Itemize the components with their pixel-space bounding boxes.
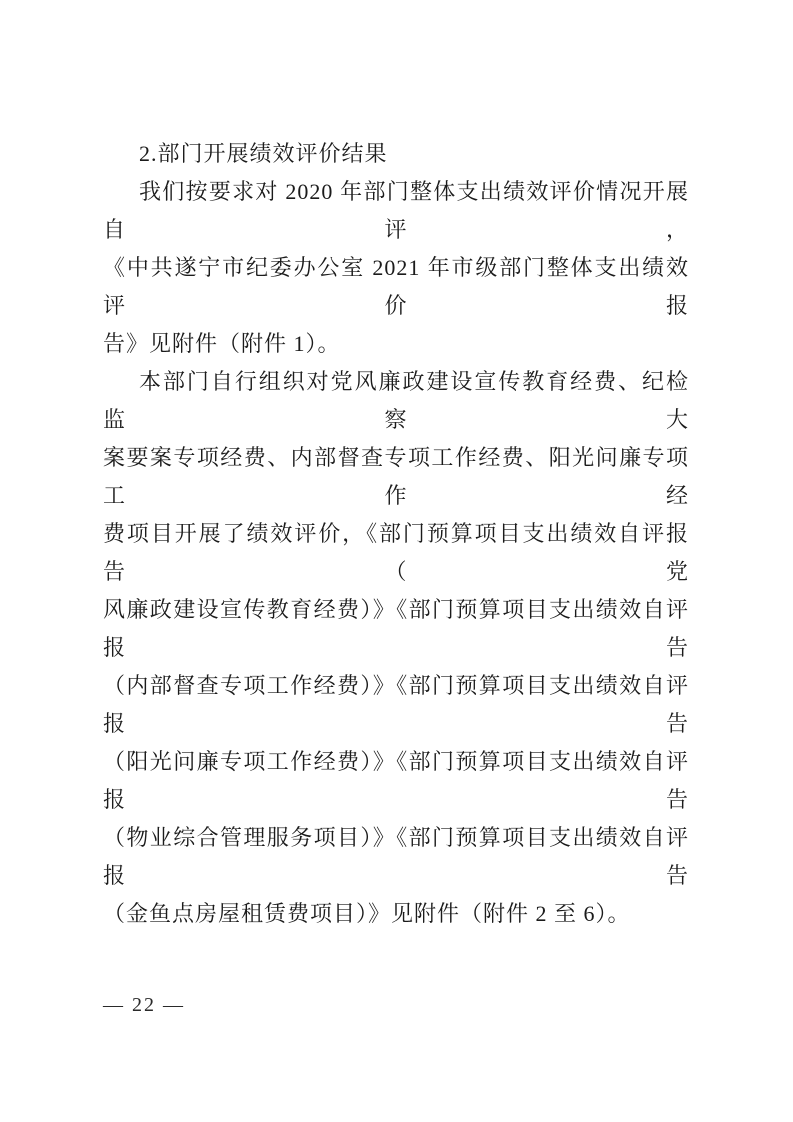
paragraph-overall-self-evaluation: 我们按要求对 2020 年部门整体支出绩效评价情况开展自评， 《中共遂宁市纪委办… — [103, 173, 689, 363]
paragraph-line: 案要案专项经费、内部督查专项工作经费、阳光问廉专项工作经 — [103, 439, 689, 515]
paragraph-line: （阳光问廉专项工作经费）》《部门预算项目支出绩效自评报告 — [103, 743, 689, 819]
paragraph-line: 本部门自行组织对党风廉政建设宣传教育经费、纪检监察大 — [103, 363, 689, 439]
paragraph-line: （内部督查专项工作经费）》《部门预算项目支出绩效自评报告 — [103, 667, 689, 743]
paragraph-project-evaluations: 本部门自行组织对党风廉政建设宣传教育经费、纪检监察大 案要案专项经费、内部督查专… — [103, 363, 689, 933]
paragraph-line: （物业综合管理服务项目）》《部门预算项目支出绩效自评报告 — [103, 819, 689, 895]
paragraph-line: 《中共遂宁市纪委办公室 2021 年市级部门整体支出绩效评价报 — [103, 249, 689, 325]
heading-paragraph: 2.部门开展绩效评价结果 — [103, 135, 689, 173]
document-page: 2.部门开展绩效评价结果 我们按要求对 2020 年部门整体支出绩效评价情况开展… — [0, 0, 793, 1122]
paragraph-line: 费项目开展了绩效评价，《部门预算项目支出绩效自评报告（党 — [103, 515, 689, 591]
paragraph-line: 风廉政建设宣传教育经费）》《部门预算项目支出绩效自评报告 — [103, 591, 689, 667]
paragraph-line: 我们按要求对 2020 年部门整体支出绩效评价情况开展自评， — [103, 173, 689, 249]
page-number: — 22 — — [103, 993, 689, 1017]
document-body: 2.部门开展绩效评价结果 我们按要求对 2020 年部门整体支出绩效评价情况开展… — [103, 135, 689, 933]
paragraph-line: （金鱼点房屋租赁费项目）》见附件（附件 2 至 6）。 — [103, 895, 689, 933]
paragraph-line: 告》见附件（附件 1）。 — [103, 325, 689, 363]
section-heading: 2.部门开展绩效评价结果 — [103, 135, 689, 173]
page-footer: — 22 — — [103, 993, 689, 1017]
